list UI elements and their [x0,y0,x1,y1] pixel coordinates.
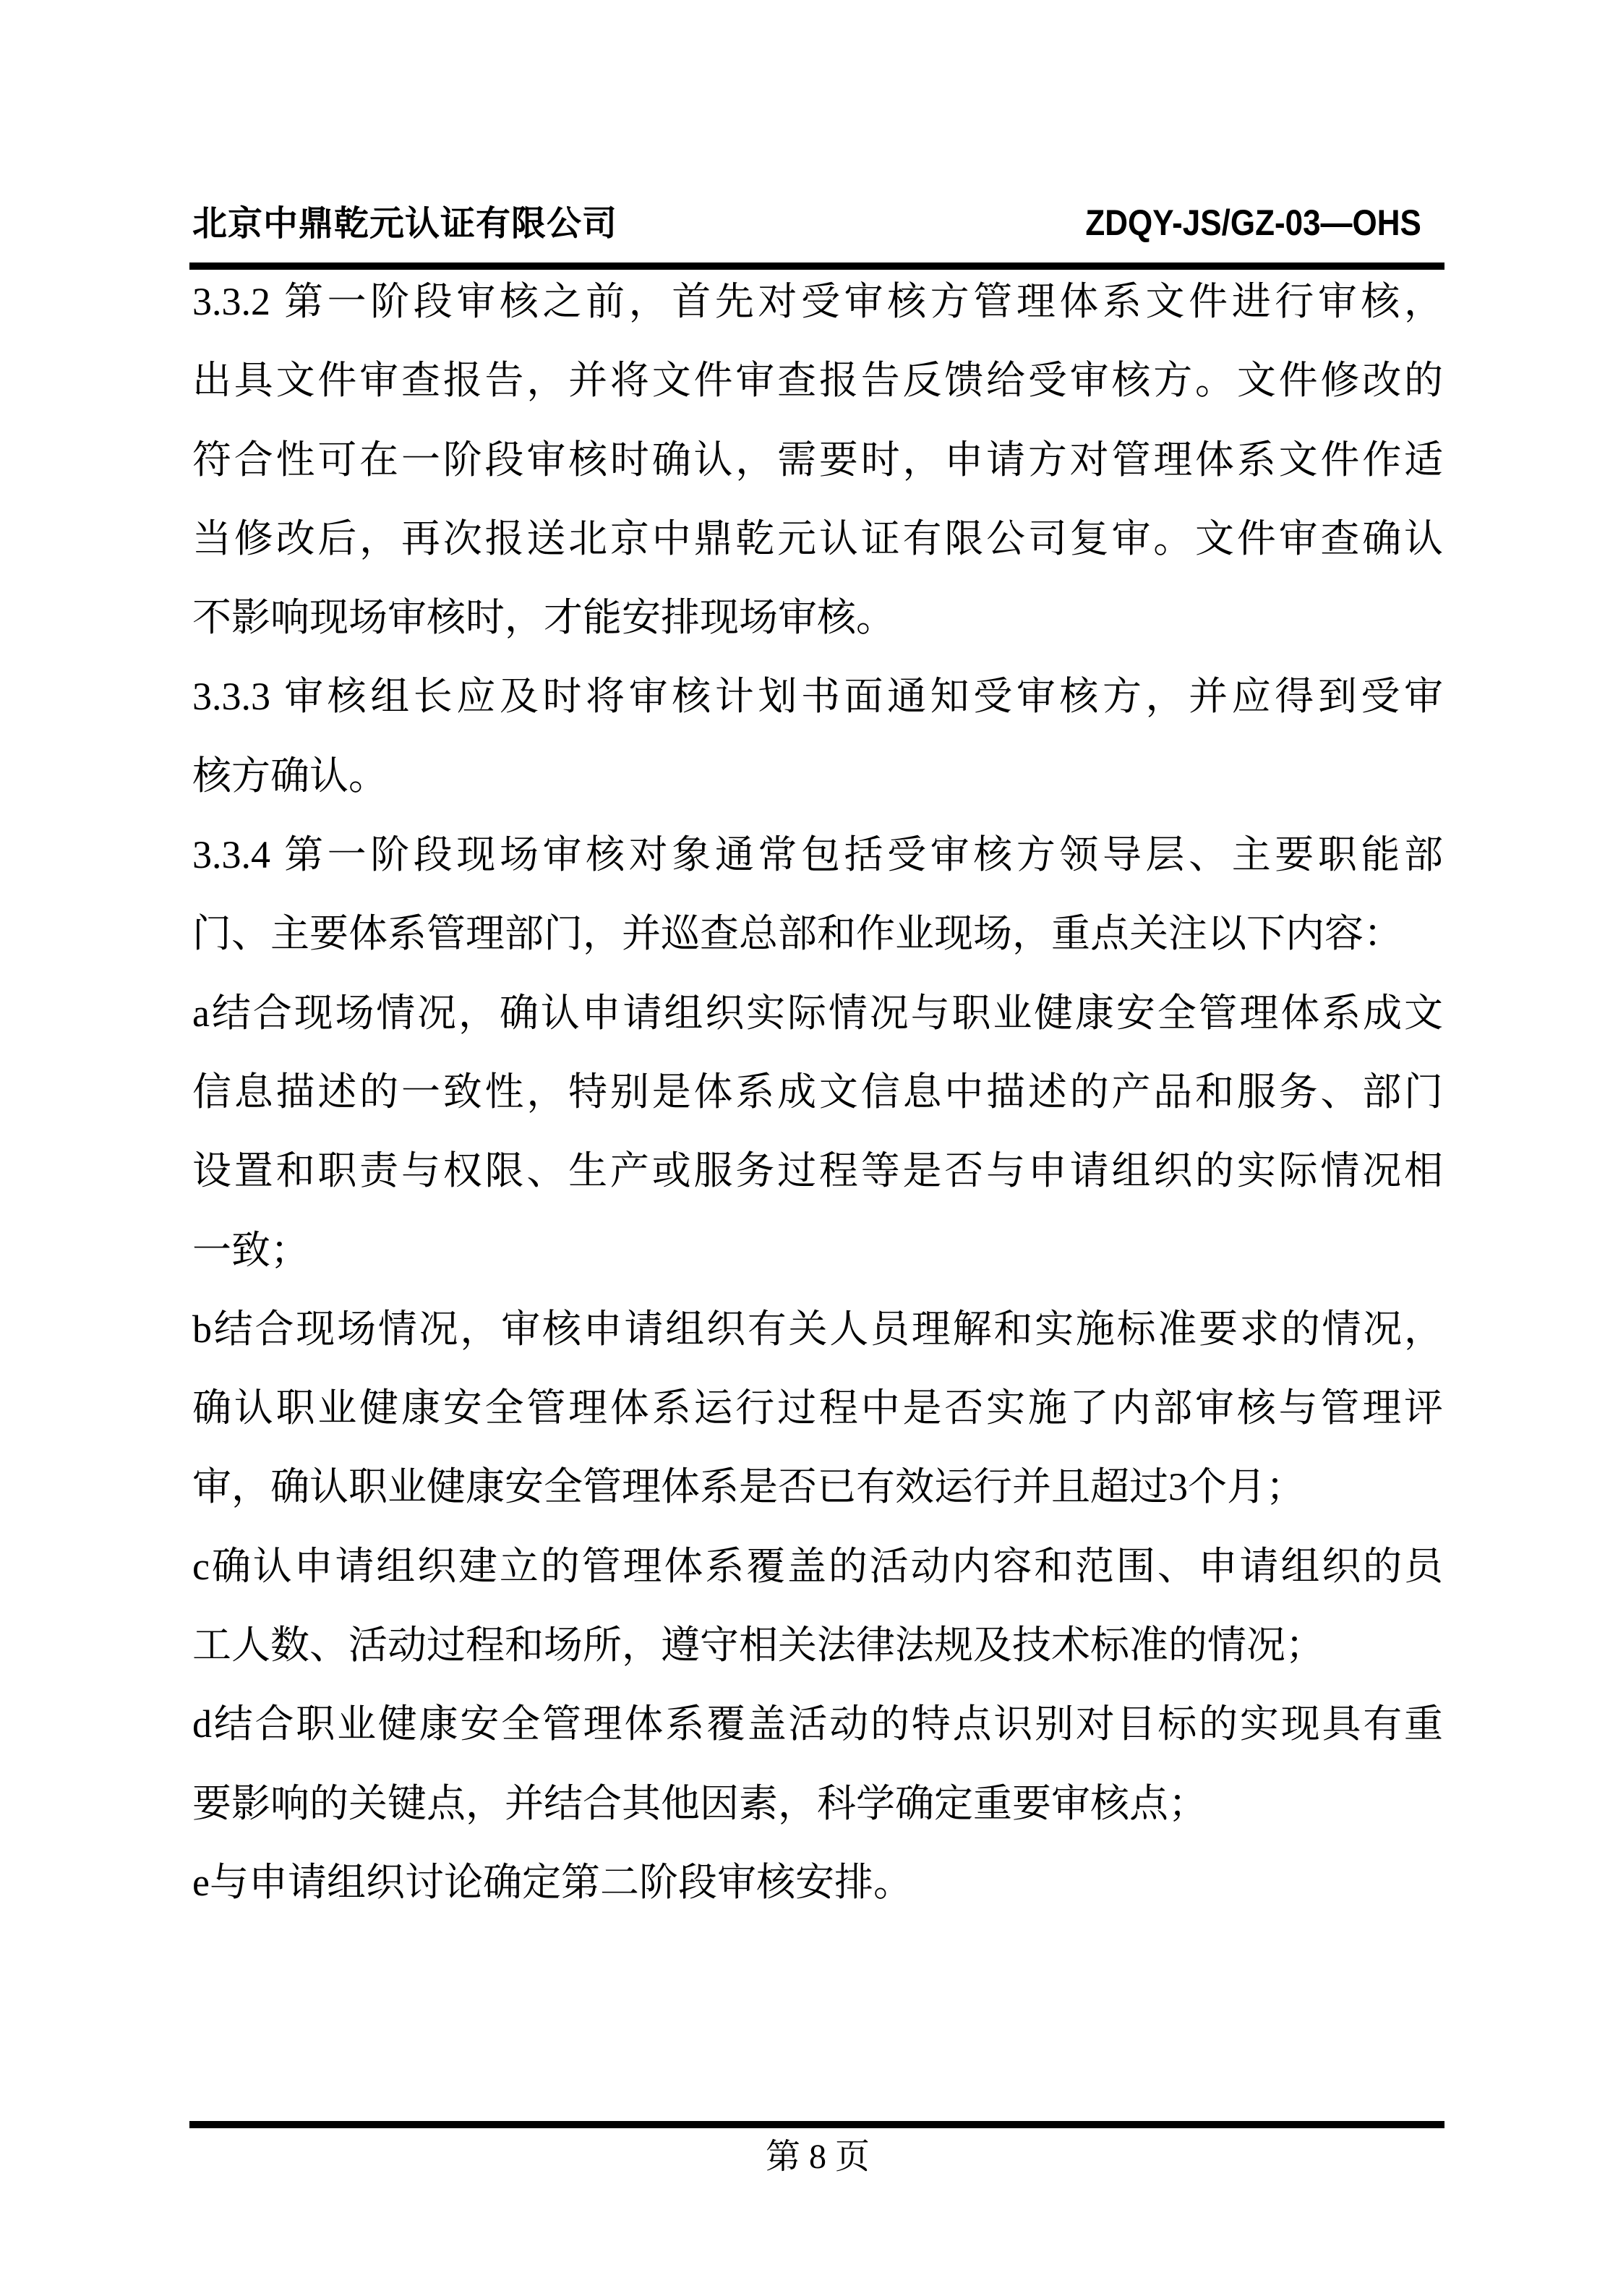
page-number: 第 8 页 [192,2128,1443,2178]
body-line: 确认职业健康安全管理体系运行过程中是否实施了内部审核与管理评 [192,1369,1443,1448]
document-page: 北京中鼎乾元认证有限公司 ZDQY-JS/GZ-03—OHS 3.3.2 第一阶… [0,0,1618,2296]
body-line: 3.3.2 第一阶段审核之前，首先对受审核方管理体系文件进行审核， [192,263,1443,341]
page-header: 北京中鼎乾元认证有限公司 ZDQY-JS/GZ-03—OHS [192,195,1421,245]
body-line: 不影响现场审核时，才能安排现场审核。 [192,579,1443,657]
footer-divider [189,2121,1444,2128]
body-line: 要影响的关键点，并结合其他因素，科学确定重要审核点； [192,1764,1443,1843]
body-line: 当修改后，再次报送北京中鼎乾元认证有限公司复审。文件审查确认 [192,500,1443,579]
body-line: a结合现场情况，确认申请组织实际情况与职业健康安全管理体系成文 [192,974,1443,1053]
body-line: b结合现场情况，审核申请组织有关人员理解和实施标准要求的情况， [192,1290,1443,1369]
body-line: 信息描述的一致性，特别是体系成文信息中描述的产品和服务、部门 [192,1053,1443,1132]
document-body: 3.3.2 第一阶段审核之前，首先对受审核方管理体系文件进行审核，出具文件审查报… [192,263,1443,1922]
body-line: 3.3.4 第一阶段现场审核对象通常包括受审核方领导层、主要职能部 [192,816,1443,895]
body-line: 工人数、活动过程和场所，遵守相关法律法规及技术标准的情况； [192,1606,1443,1685]
body-line: 设置和职责与权限、生产或服务过程等是否与申请组织的实际情况相 [192,1132,1443,1211]
body-line: 门、主要体系管理部门，并巡查总部和作业现场，重点关注以下内容： [192,895,1443,973]
body-line: 一致； [192,1211,1443,1290]
body-line: d结合职业健康安全管理体系覆盖活动的特点识别对目标的实现具有重 [192,1685,1443,1764]
body-line: e与申请组织讨论确定第二阶段审核安排。 [192,1843,1443,1922]
body-line: 3.3.3 审核组长应及时将审核计划书面通知受审核方，并应得到受审 [192,657,1443,736]
body-line: 审，确认职业健康安全管理体系是否已有效运行并且超过3个月； [192,1448,1443,1527]
body-line: 核方确认。 [192,737,1443,816]
body-line: 出具文件审查报告，并将文件审查报告反馈给受审核方。文件修改的 [192,341,1443,420]
company-name: 北京中鼎乾元认证有限公司 [192,195,617,245]
body-line: 符合性可在一阶段审核时确认，需要时，申请方对管理体系文件作适 [192,421,1443,500]
body-line: c确认申请组织建立的管理体系覆盖的活动内容和范围、申请组织的员 [192,1527,1443,1606]
document-code: ZDQY-JS/GZ-03—OHS [1085,202,1421,244]
